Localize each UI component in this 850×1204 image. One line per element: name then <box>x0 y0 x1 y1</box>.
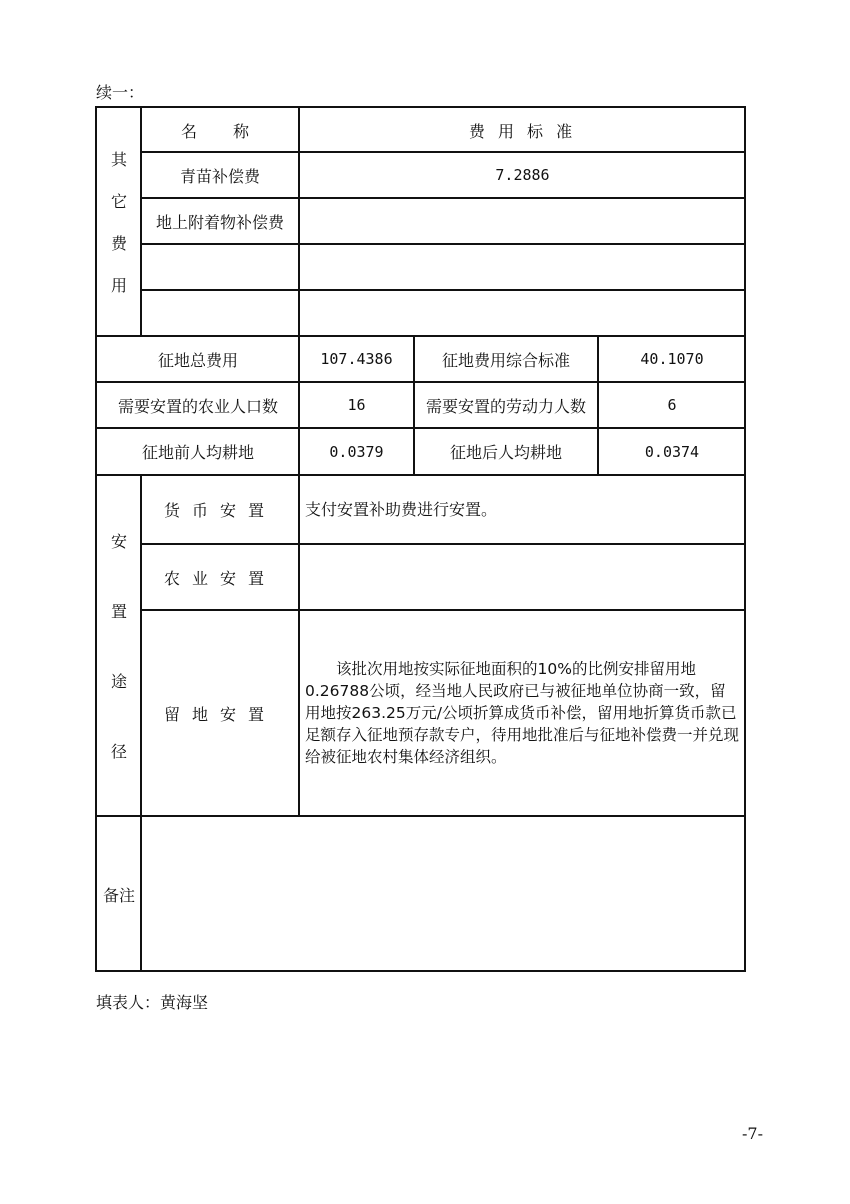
resettlement-label-reserved-land: 留地安置 <box>141 610 299 816</box>
summary-label: 征地总费用 <box>97 336 299 382</box>
resettlement-content-reserved-land: 该批次用地按实际征地面积的10%的比例安排留用地0.26788公顷，经当地人民政… <box>299 610 746 816</box>
column-header-standard: 费 用 标 准 <box>299 108 746 152</box>
resettlement-content-monetary: 支付安置补助费进行安置。 <box>299 475 746 544</box>
remarks-label: 备注 <box>97 816 141 972</box>
fee-name <box>141 244 299 290</box>
fee-standard <box>299 198 746 244</box>
summary-label: 需要安置的劳动力人数 <box>414 382 598 428</box>
summary-value: 0.0379 <box>299 428 414 475</box>
summary-value: 0.0374 <box>598 428 746 475</box>
category-char: 安 <box>111 529 127 552</box>
summary-label: 征地后人均耕地 <box>414 428 598 475</box>
category-char: 置 <box>111 599 127 622</box>
remarks-content <box>141 816 746 972</box>
resettlement-content-agricultural <box>299 544 746 610</box>
fee-name: 青苗补偿费 <box>141 152 299 198</box>
category-char: 用 <box>111 273 127 296</box>
continued-label: 续一： <box>96 80 144 103</box>
category-char: 其 <box>111 147 127 170</box>
column-header-name: 名 称 <box>141 108 299 152</box>
category-char: 径 <box>111 739 127 762</box>
summary-label: 征地前人均耕地 <box>97 428 299 475</box>
resettlement-label-monetary: 货币安置 <box>141 475 299 544</box>
summary-value: 40.1070 <box>598 336 746 382</box>
fee-name <box>141 290 299 336</box>
category-char: 它 <box>111 189 127 212</box>
summary-label: 征地费用综合标准 <box>414 336 598 382</box>
fee-standard: 7.2886 <box>299 152 746 198</box>
land-acquisition-fee-table: 其 它 费 用 名 称 费 用 标 准 青苗补偿费 7.2886 地上附着物补偿… <box>95 106 746 972</box>
resettlement-category: 安 置 途 径 <box>97 475 141 816</box>
fee-name: 地上附着物补偿费 <box>141 198 299 244</box>
fee-standard <box>299 290 746 336</box>
category-char: 费 <box>111 231 127 254</box>
fee-standard <box>299 244 746 290</box>
form-filler: 填表人：黄海坚 <box>96 990 208 1013</box>
resettlement-label-agricultural: 农业安置 <box>141 544 299 610</box>
summary-label: 需要安置的农业人口数 <box>97 382 299 428</box>
summary-value: 16 <box>299 382 414 428</box>
summary-value: 107.4386 <box>299 336 414 382</box>
reserved-land-text: 该批次用地按实际征地面积的10%的比例安排留用地0.26788公顷，经当地人民政… <box>305 658 740 768</box>
other-fees-category: 其 它 费 用 <box>97 108 141 335</box>
summary-value: 6 <box>598 382 746 428</box>
page-number: -7- <box>742 1124 763 1143</box>
category-char: 途 <box>111 669 127 692</box>
